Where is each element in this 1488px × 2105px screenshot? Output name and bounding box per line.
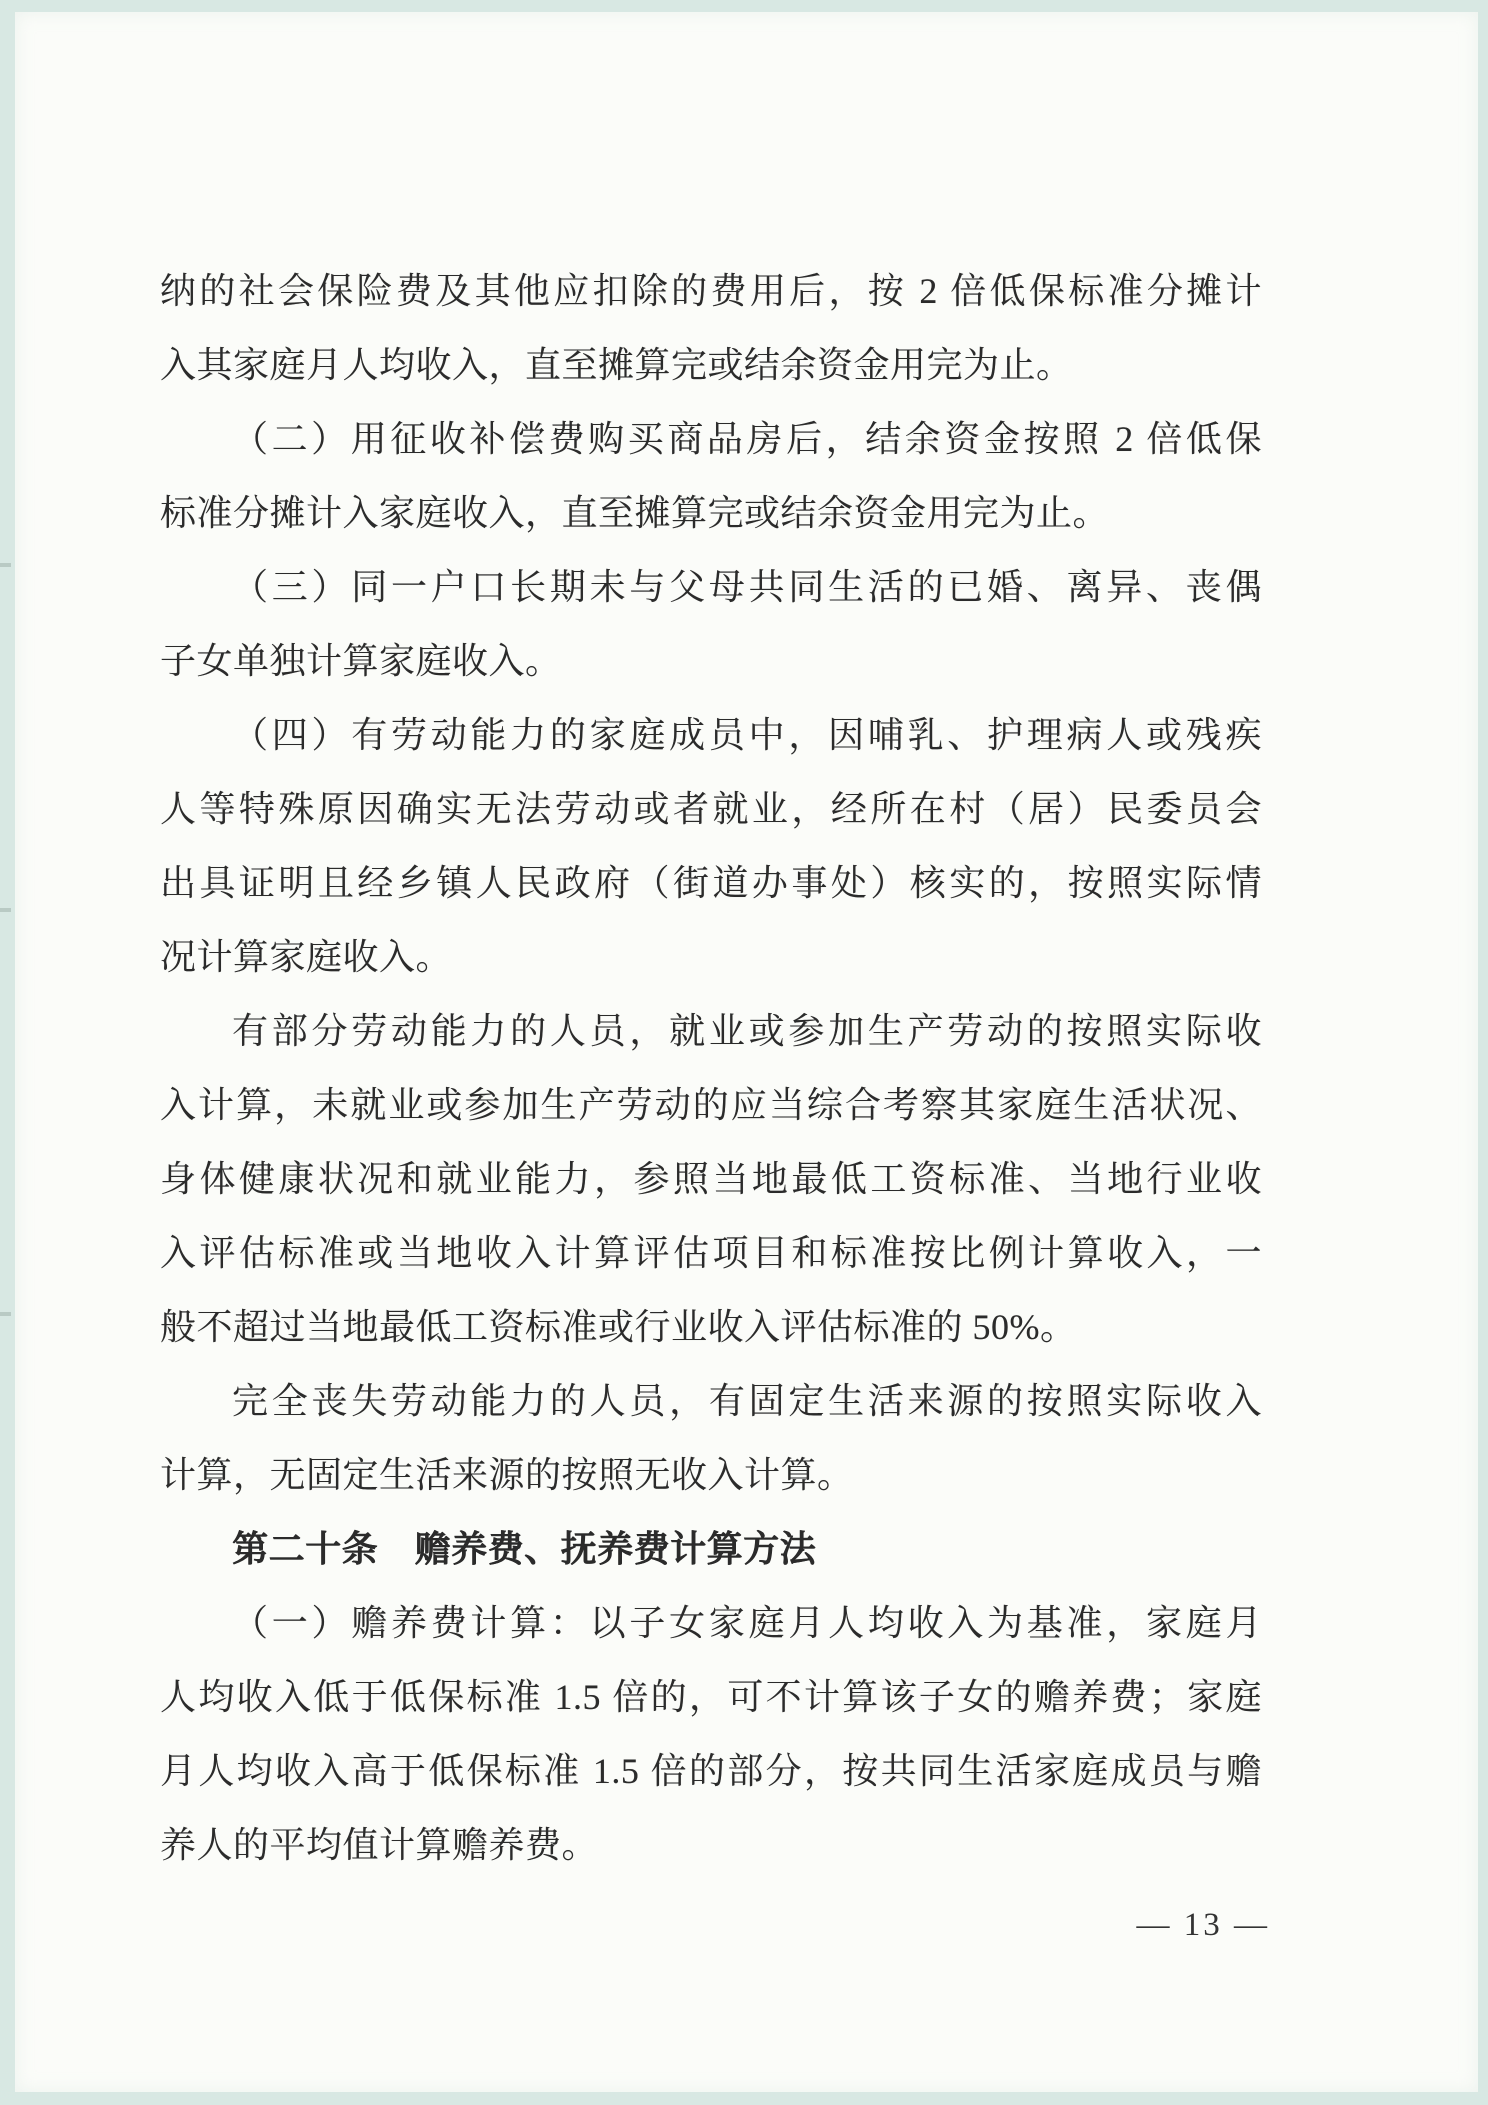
text-line: 有部分劳动能力的人员，就业或参加生产劳动的按照实际收 bbox=[160, 994, 1262, 1068]
text-line: 况计算家庭收入。 bbox=[160, 920, 1262, 994]
text-line: （三）同一户口长期未与父母共同生活的已婚、离异、丧偶 bbox=[160, 550, 1262, 624]
text-line: 计算，无固定生活来源的按照无收入计算。 bbox=[160, 1438, 1262, 1512]
text-line: 入计算，未就业或参加生产劳动的应当综合考察其家庭生活状况、 bbox=[160, 1068, 1262, 1142]
document-page: 纳的社会保险费及其他应扣除的费用后，按 2 倍低保标准分摊计 入其家庭月人均收入… bbox=[15, 12, 1478, 2092]
article-20-heading: 第二十条 赡养费、抚养费计算方法 bbox=[160, 1512, 1262, 1586]
text-line: （一）赡养费计算：以子女家庭月人均收入为基准，家庭月 bbox=[160, 1586, 1262, 1660]
document-text-block: 纳的社会保险费及其他应扣除的费用后，按 2 倍低保标准分摊计 入其家庭月人均收入… bbox=[160, 254, 1262, 1882]
text-line: （二）用征收补偿费购买商品房后，结余资金按照 2 倍低保 bbox=[160, 402, 1262, 476]
text-line: 入评估标准或当地收入计算评估项目和标准按比例计算收入，一 bbox=[160, 1216, 1262, 1290]
text-line: 人均收入低于低保标准 1.5 倍的，可不计算该子女的赡养费；家庭 bbox=[160, 1660, 1262, 1734]
text-line: 出具证明且经乡镇人民政府（街道办事处）核实的，按照实际情 bbox=[160, 846, 1262, 920]
text-line: 身体健康状况和就业能力，参照当地最低工资标准、当地行业收 bbox=[160, 1142, 1262, 1216]
text-line: 月人均收入高于低保标准 1.5 倍的部分，按共同生活家庭成员与赡 bbox=[160, 1734, 1262, 1808]
text-line: 子女单独计算家庭收入。 bbox=[160, 624, 1262, 698]
text-line: 人等特殊原因确实无法劳动或者就业，经所在村（居）民委员会 bbox=[160, 772, 1262, 846]
scan-artifact bbox=[0, 563, 11, 567]
scan-artifact bbox=[0, 908, 11, 912]
text-line: （四）有劳动能力的家庭成员中，因哺乳、护理病人或残疾 bbox=[160, 698, 1262, 772]
text-line: 纳的社会保险费及其他应扣除的费用后，按 2 倍低保标准分摊计 bbox=[160, 254, 1262, 328]
scan-artifact bbox=[0, 1312, 11, 1316]
text-line: 养人的平均值计算赡养费。 bbox=[160, 1808, 1262, 1882]
text-line: 标准分摊计入家庭收入，直至摊算完或结余资金用完为止。 bbox=[160, 476, 1262, 550]
text-line: 完全丧失劳动能力的人员，有固定生活来源的按照实际收入 bbox=[160, 1364, 1262, 1438]
text-line: 般不超过当地最低工资标准或行业收入评估标准的 50%。 bbox=[160, 1290, 1262, 1364]
page-number: — 13 — bbox=[1137, 1907, 1271, 1944]
text-line: 入其家庭月人均收入，直至摊算完或结余资金用完为止。 bbox=[160, 328, 1262, 402]
